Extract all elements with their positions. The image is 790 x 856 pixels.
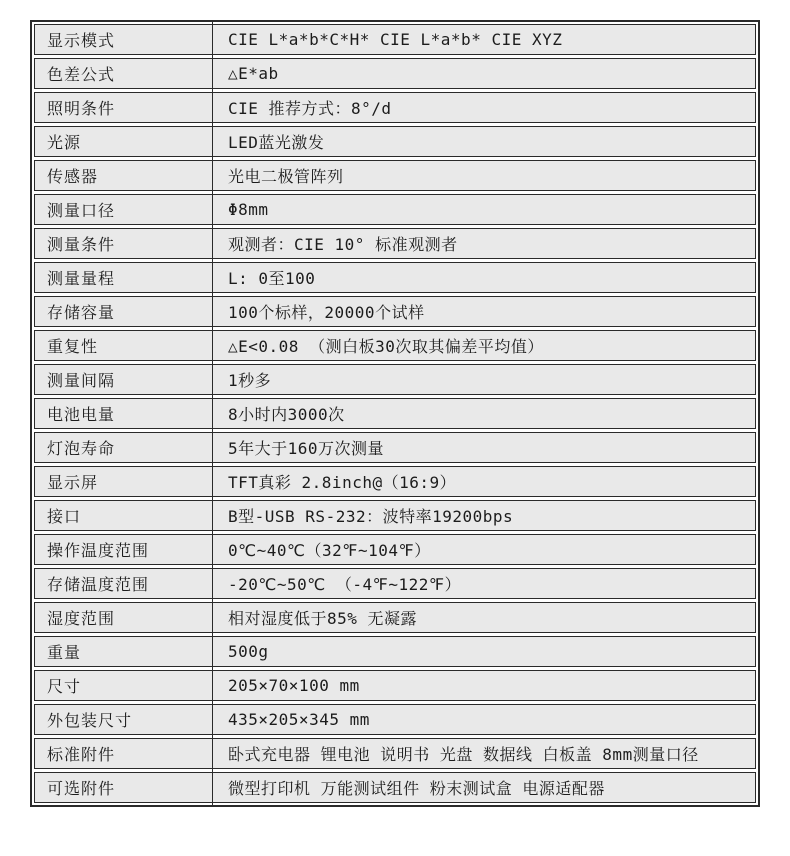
spec-value: CIE 推荐方式：8°/d (215, 93, 755, 122)
spec-label: 显示模式 (35, 25, 215, 54)
spec-value: LED蓝光激发 (215, 127, 755, 156)
spec-row: 存储容量 100个标样，20000个试样 (34, 296, 756, 327)
spec-value: B型-USB RS-232：波特率19200bps (215, 501, 755, 530)
spec-label: 重复性 (35, 331, 215, 360)
spec-row: 色差公式 △E*ab (34, 58, 756, 89)
spec-row: 测量口径 Φ8mm (34, 194, 756, 225)
spec-value: 8小时内3000次 (215, 399, 755, 428)
spec-label: 测量量程 (35, 263, 215, 292)
spec-value: 卧式充电器 锂电池 说明书 光盘 数据线 白板盖 8mm测量口径 (215, 739, 755, 768)
spec-label: 尺寸 (35, 671, 215, 700)
spec-row: 显示模式 CIE L*a*b*C*H* CIE L*a*b* CIE XYZ (34, 24, 756, 55)
spec-label: 灯泡寿命 (35, 433, 215, 462)
spec-row: 接口 B型-USB RS-232：波特率19200bps (34, 500, 756, 531)
spec-label: 存储温度范围 (35, 569, 215, 598)
spec-row: 测量条件 观测者：CIE 10° 标准观测者 (34, 228, 756, 259)
spec-label: 照明条件 (35, 93, 215, 122)
page: 显示模式 CIE L*a*b*C*H* CIE L*a*b* CIE XYZ 色… (0, 0, 790, 856)
spec-label: 操作温度范围 (35, 535, 215, 564)
spec-label: 测量口径 (35, 195, 215, 224)
spec-row: 重量 500g (34, 636, 756, 667)
spec-row: 照明条件 CIE 推荐方式：8°/d (34, 92, 756, 123)
spec-value: 微型打印机 万能测试组件 粉末测试盒 电源适配器 (215, 773, 755, 802)
spec-label: 色差公式 (35, 59, 215, 88)
spec-label: 存储容量 (35, 297, 215, 326)
spec-row: 可选附件 微型打印机 万能测试组件 粉末测试盒 电源适配器 (34, 772, 756, 803)
spec-value: CIE L*a*b*C*H* CIE L*a*b* CIE XYZ (215, 25, 755, 54)
spec-label: 测量间隔 (35, 365, 215, 394)
spec-value: 5年大于160万次测量 (215, 433, 755, 462)
spec-row: 外包装尺寸 435×205×345 mm (34, 704, 756, 735)
spec-value: -20℃~50℃ （-4℉~122℉） (215, 569, 755, 598)
spec-label: 标准附件 (35, 739, 215, 768)
spec-row: 标准附件 卧式充电器 锂电池 说明书 光盘 数据线 白板盖 8mm测量口径 (34, 738, 756, 769)
spec-row: 测量间隔 1秒多 (34, 364, 756, 395)
spec-row: 操作温度范围 0℃~40℃（32℉~104℉） (34, 534, 756, 565)
spec-label: 传感器 (35, 161, 215, 190)
spec-value: △E*ab (215, 59, 755, 88)
spec-value: △E<0.08 （测白板30次取其偏差平均值） (215, 331, 755, 360)
spec-value: 435×205×345 mm (215, 705, 755, 734)
spec-row: 传感器 光电二极管阵列 (34, 160, 756, 191)
spec-row: 灯泡寿命 5年大于160万次测量 (34, 432, 756, 463)
spec-value: TFT真彩 2.8inch@（16:9） (215, 467, 755, 496)
spec-row: 湿度范围 相对湿度低于85% 无凝露 (34, 602, 756, 633)
spec-value: 光电二极管阵列 (215, 161, 755, 190)
spec-row: 尺寸 205×70×100 mm (34, 670, 756, 701)
spec-value: 相对湿度低于85% 无凝露 (215, 603, 755, 632)
spec-row: 光源 LED蓝光激发 (34, 126, 756, 157)
spec-value: 1秒多 (215, 365, 755, 394)
spec-row: 重复性 △E<0.08 （测白板30次取其偏差平均值） (34, 330, 756, 361)
spec-value: 观测者：CIE 10° 标准观测者 (215, 229, 755, 258)
spec-value: 100个标样，20000个试样 (215, 297, 755, 326)
spec-rows-container: 显示模式 CIE L*a*b*C*H* CIE L*a*b* CIE XYZ 色… (34, 24, 756, 803)
spec-row: 显示屏 TFT真彩 2.8inch@（16:9） (34, 466, 756, 497)
spec-row: 存储温度范围 -20℃~50℃ （-4℉~122℉） (34, 568, 756, 599)
spec-label: 电池电量 (35, 399, 215, 428)
spec-label: 接口 (35, 501, 215, 530)
spec-row: 测量量程 L: 0至100 (34, 262, 756, 293)
spec-label: 可选附件 (35, 773, 215, 802)
spec-label: 外包装尺寸 (35, 705, 215, 734)
spec-value: L: 0至100 (215, 263, 755, 292)
spec-label: 重量 (35, 637, 215, 666)
spec-value: 0℃~40℃（32℉~104℉） (215, 535, 755, 564)
spec-label: 测量条件 (35, 229, 215, 258)
spec-label: 显示屏 (35, 467, 215, 496)
specification-table: 显示模式 CIE L*a*b*C*H* CIE L*a*b* CIE XYZ 色… (30, 20, 760, 807)
spec-value: 205×70×100 mm (215, 671, 755, 700)
spec-label: 湿度范围 (35, 603, 215, 632)
spec-label: 光源 (35, 127, 215, 156)
spec-row: 电池电量 8小时内3000次 (34, 398, 756, 429)
spec-value: 500g (215, 637, 755, 666)
spec-value: Φ8mm (215, 195, 755, 224)
